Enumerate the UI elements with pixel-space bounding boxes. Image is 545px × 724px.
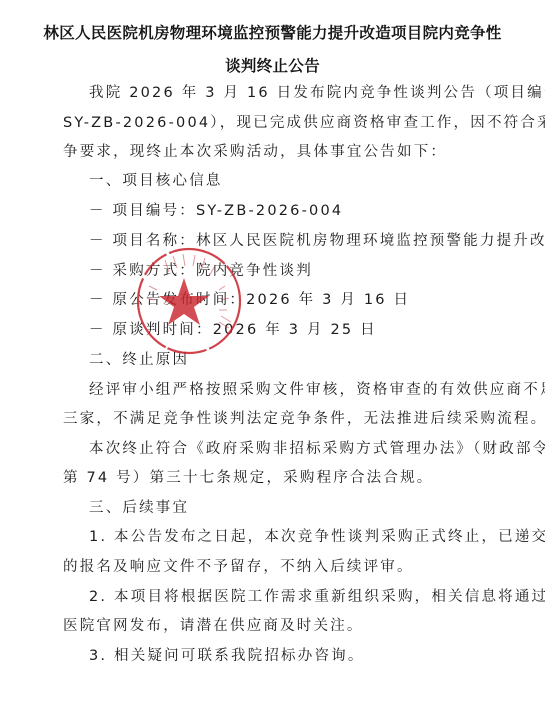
section-3-heading: 三、后续事宜 — [89, 499, 189, 517]
followup-item-1-line-2: 的报名及响应文件不予留存，不纳入后续评审。 — [63, 558, 414, 576]
title-line-1: 林区人民医院机房物理环境监控预警能力提升改造项目院内竞争性 — [0, 21, 545, 43]
followup-item-3: 3. 相关疑问可联系我院招标办咨询。 — [89, 647, 365, 665]
reason-para-2-line-2: 第 74 号）第三十七条规定，采购程序合法合规。 — [63, 469, 433, 487]
section-1-heading: 一、项目核心信息 — [89, 172, 223, 190]
info-item-procurement-method: － 采购方式：院内竞争性谈判 — [89, 262, 313, 280]
followup-item-2-line-1: 2. 本项目将根据医院工作需求重新组织采购，相关信息将通过 — [89, 588, 545, 606]
announcement-page: 林区人民医院机房物理环境监控预警能力提升改造项目院内竞争性 谈判终止公告 我院 … — [0, 0, 545, 724]
followup-item-1-line-1: 1. 本公告发布之日起，本次竞争性谈判采购正式终止，已递交 — [89, 528, 545, 546]
intro-line-1: 我院 2026 年 3 月 16 日发布院内竞争性谈判公告（项目编号： — [89, 84, 545, 102]
intro-line-2: SY-ZB-2026-004），现已完成供应商资格审查工作，因不符合采购竞 — [63, 114, 545, 132]
info-item-original-negotiation-date: － 原谈判时间：2026 年 3 月 25 日 — [89, 321, 377, 339]
reason-para-2-line-1: 本次终止符合《政府采购非招标采购方式管理办法》（财政部令 — [89, 440, 545, 458]
info-item-project-name: － 项目名称：林区人民医院机房物理环境监控预警能力提升改造 — [89, 232, 545, 250]
info-item-original-publish-date: － 原公告发布时间：2026 年 3 月 16 日 — [89, 291, 410, 309]
reason-para-1-line-1: 经评审小组严格按照采购文件审核，资格审查的有效供应商不足 — [89, 381, 545, 399]
info-item-project-number: － 项目编号：SY-ZB-2026-004 — [89, 202, 343, 220]
intro-line-3: 争要求，现终止本次采购活动，具体事宜公告如下： — [63, 143, 447, 161]
reason-para-1-line-2: 三家，不满足竞争性谈判法定竞争条件，无法推进后续采购流程。 — [63, 410, 545, 428]
section-2-heading: 二、终止原因 — [89, 351, 189, 369]
title-line-2: 谈判终止公告 — [0, 54, 545, 76]
followup-item-2-line-2: 医院官网发布，请潜在供应商及时关注。 — [63, 617, 364, 635]
